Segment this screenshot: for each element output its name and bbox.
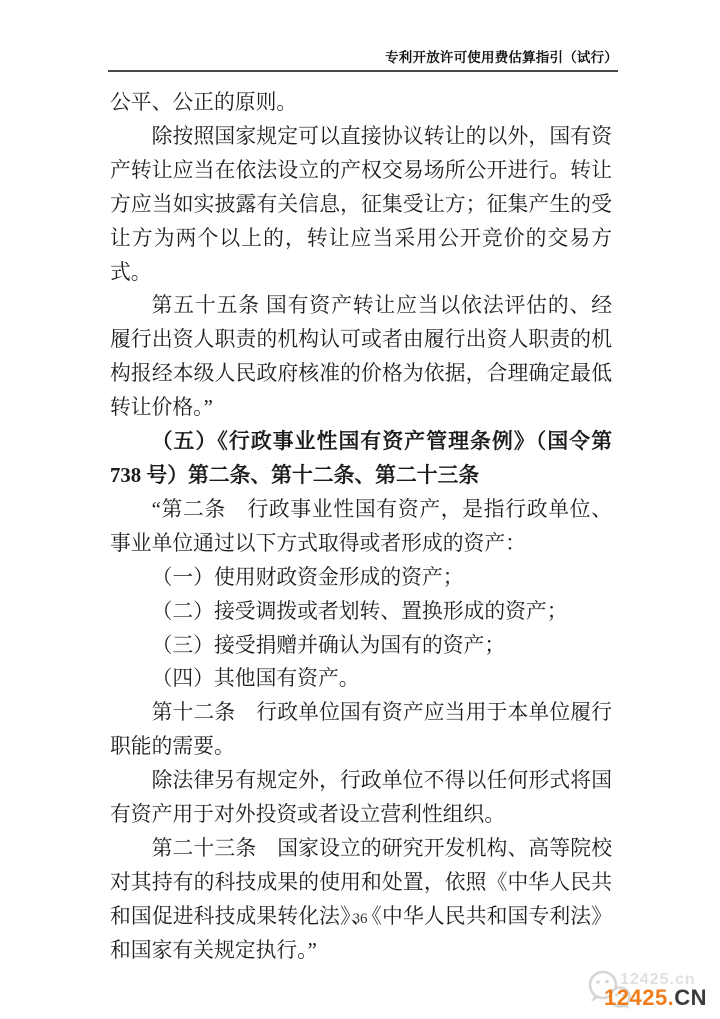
watermark-site-text: 12425.CN [604, 985, 707, 1011]
paragraph: （四）其他国有资产。 [110, 662, 612, 696]
paragraph: （三）接受捐赠并确认为国有的资产； [110, 629, 612, 663]
paragraph: 除按照国家规定可以直接协议转让的以外，国有资产转让应当在依法设立的产权交易场所公… [110, 120, 612, 290]
paragraph: 第五十五条 国有资产转让应当以依法评估的、经履行出资人职责的机构认可或者由履行出… [110, 289, 612, 425]
site-watermark: 12425.cn 12425.CN [584, 969, 714, 1013]
paragraph: 第十二条 行政单位国有资产应当用于本单位履行职能的需要。 [110, 696, 612, 764]
watermark-site-tld: CN [674, 985, 707, 1010]
page-number: 36 [0, 911, 720, 928]
document-body: 公平、公正的原则。除按照国家规定可以直接协议转让的以外，国有资产转让应当在依法设… [110, 86, 612, 968]
paragraph: 除法律另有规定外，行政单位不得以任何形式将国有资产用于对外投资或者设立营利性组织… [110, 764, 612, 832]
paragraph: 公平、公正的原则。 [110, 86, 612, 120]
paragraph: （一）使用财政资金形成的资产； [110, 561, 612, 595]
paragraph: 第二十三条 国家设立的研究开发机构、高等院校对其持有的科技成果的使用和处置，依照… [110, 832, 612, 968]
page-header: 专利开放许可使用费估算指引（试行） [108, 46, 618, 72]
paragraph: （二）接受调拨或者划转、置换形成的资产； [110, 595, 612, 629]
watermark-site-number: 12425. [604, 985, 674, 1010]
document-page: 专利开放许可使用费估算指引（试行） 公平、公正的原则。除按照国家规定可以直接协议… [0, 0, 720, 1019]
paragraph: “第二条 行政事业性国有资产，是指行政单位、事业单位通过以下方式取得或者形成的资… [110, 493, 612, 561]
section-heading: （五）《行政事业性国有资产管理条例》（国令第 738 号）第二条、第十二条、第二… [110, 425, 612, 493]
header-title: 专利开放许可使用费估算指引（试行） [385, 50, 618, 65]
